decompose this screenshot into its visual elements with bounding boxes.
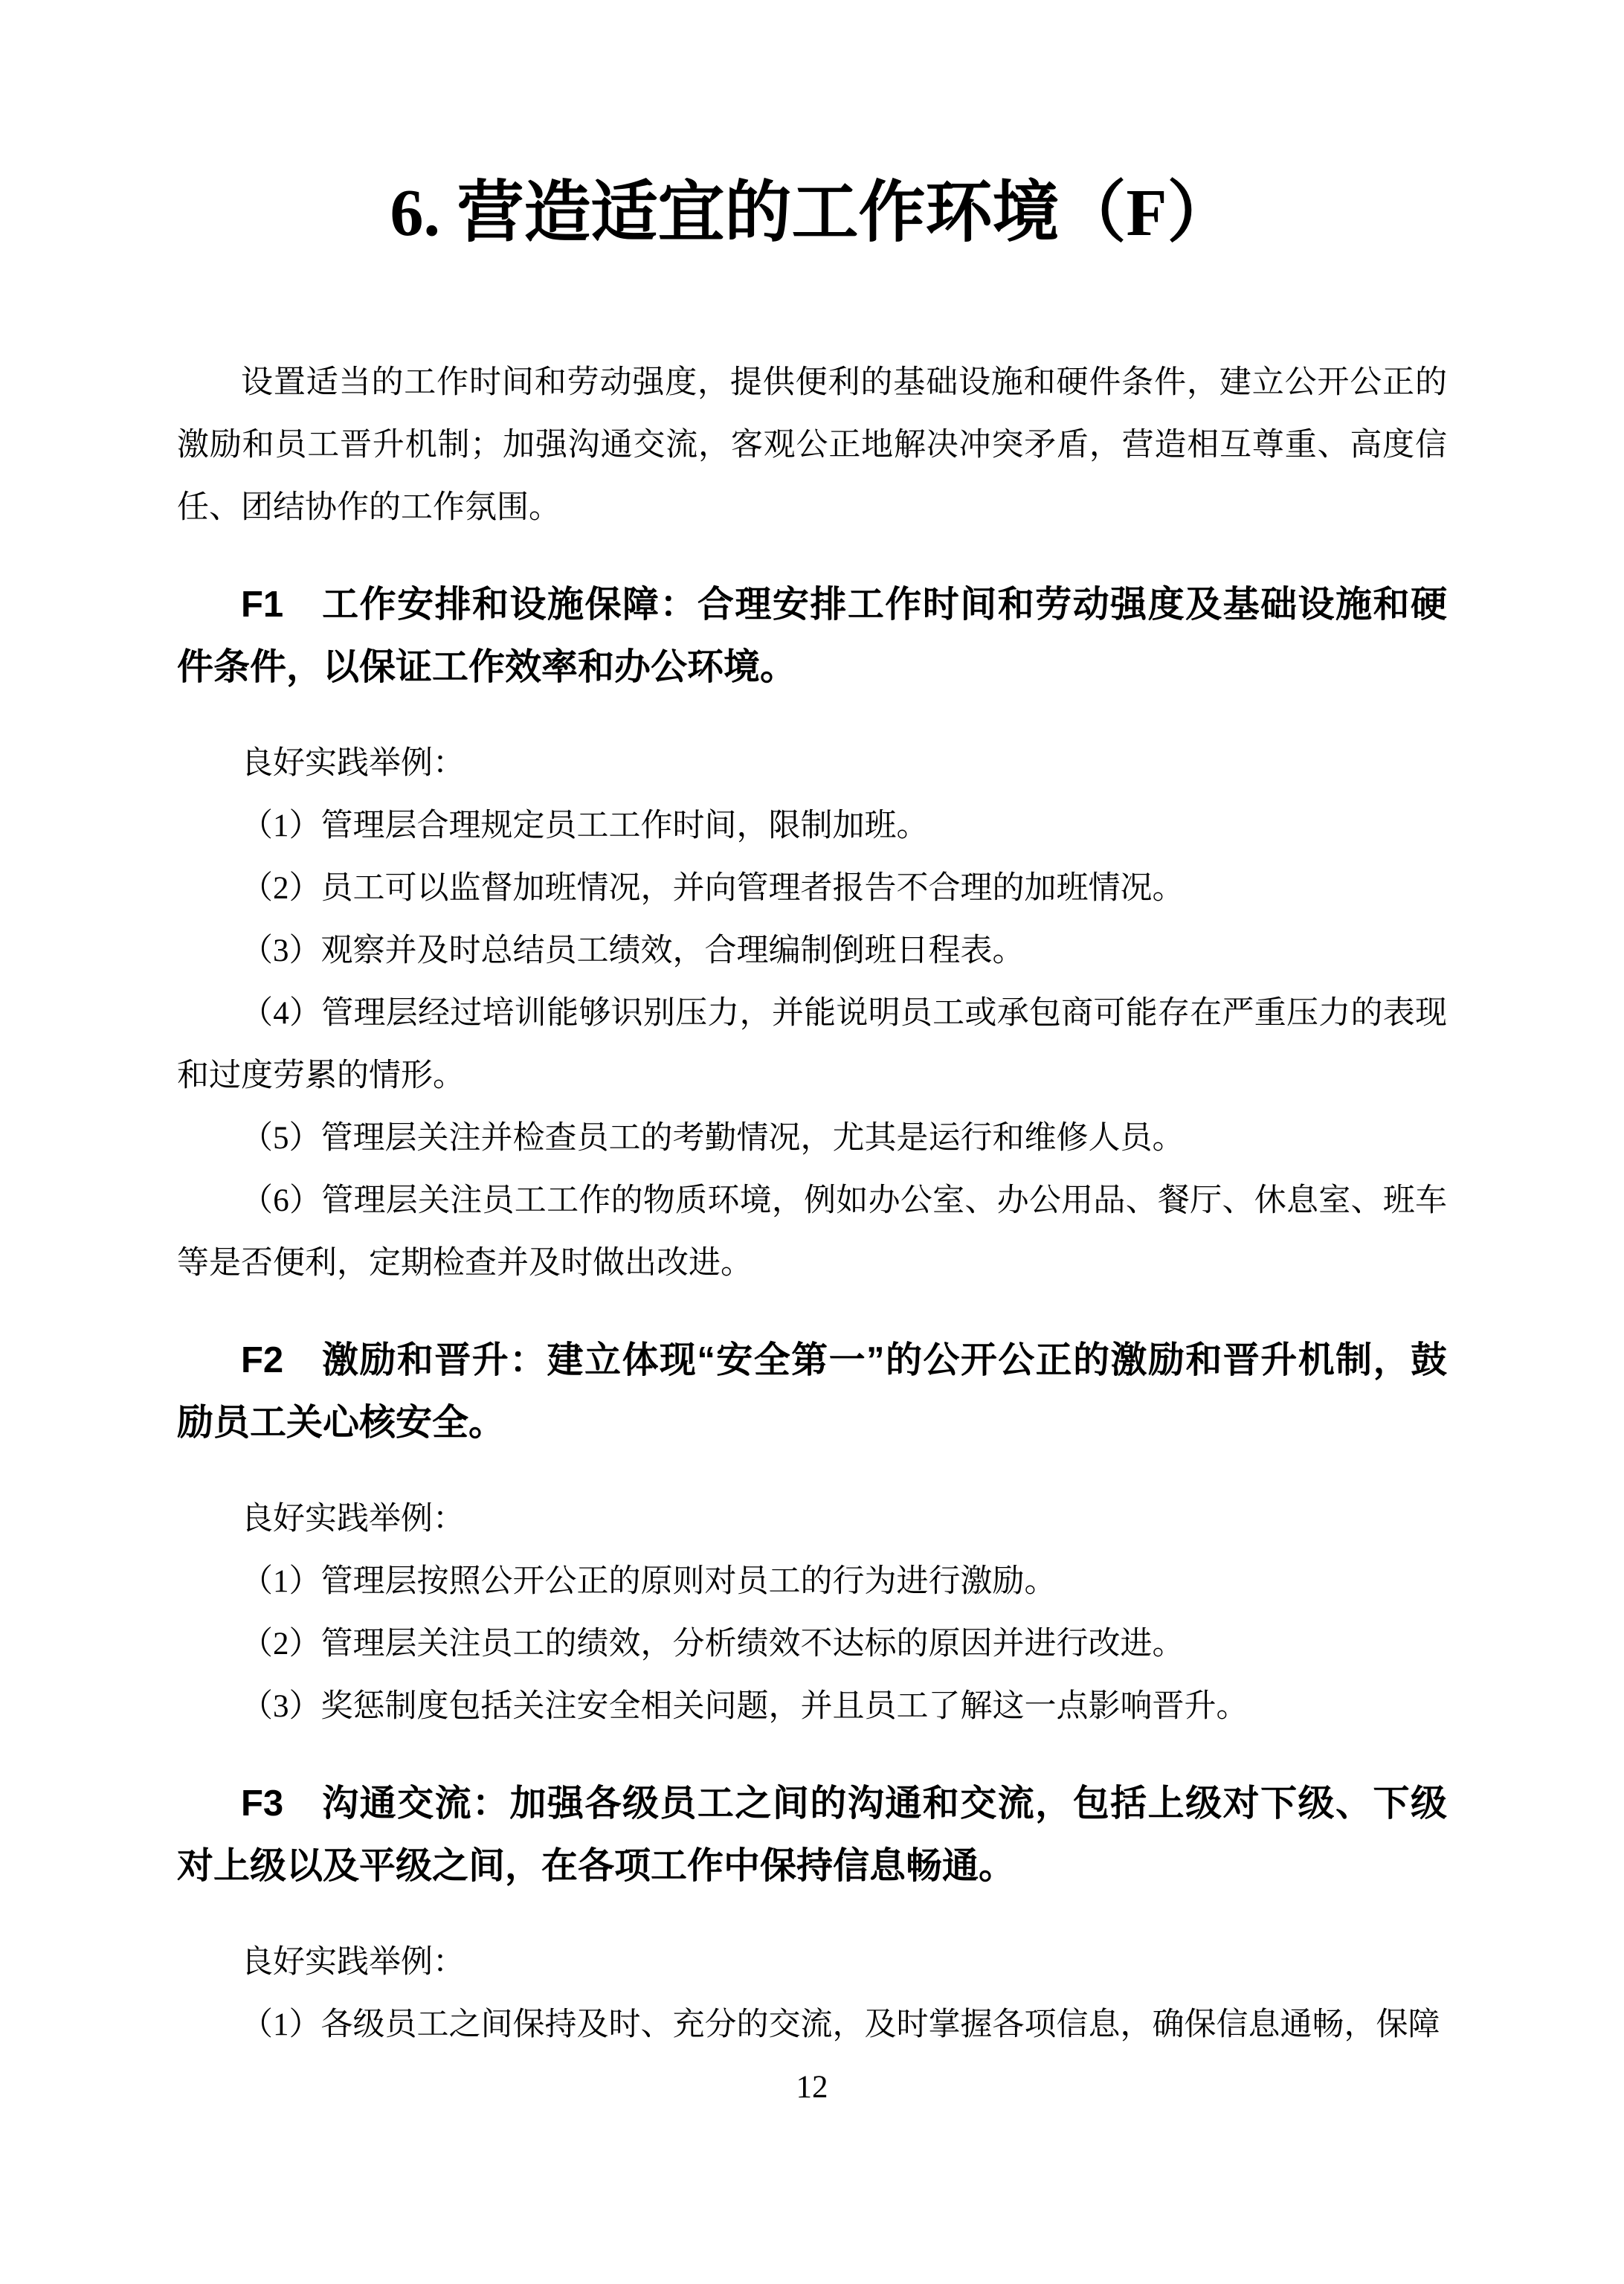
document-page: 6. 营造适宜的工作环境（F） 设置适当的工作时间和劳动强度，提供便利的基础设施… bbox=[0, 0, 1624, 2284]
intro-paragraph: 设置适当的工作时间和劳动强度，提供便利的基础设施和硬件条件，建立公开公正的激励和… bbox=[177, 352, 1447, 539]
practices-label-f2: 良好实践举例： bbox=[177, 1488, 1447, 1551]
page-number: 12 bbox=[177, 2056, 1447, 2119]
section-f2-heading: F2 激励和晋升：建立体现“安全第一”的公开公正的激励和晋升机制，鼓励员工关心核… bbox=[177, 1329, 1447, 1454]
practices-label-f3: 良好实践举例： bbox=[177, 1931, 1447, 1994]
practice-item-f1-5: （5）管理层关注并检查员工的考勤情况，尤其是运行和维修人员。 bbox=[177, 1107, 1447, 1170]
practice-item-f2-1: （1）管理层按照公开公正的原则对员工的行为进行激励。 bbox=[177, 1551, 1447, 1613]
practice-item-f1-2: （2）员工可以监督加班情况，并向管理者报告不合理的加班情况。 bbox=[177, 858, 1447, 920]
practice-item-f1-3: （3）观察并及时总结员工绩效，合理编制倒班日程表。 bbox=[177, 920, 1447, 982]
practice-item-f2-3: （3）奖惩制度包括关注安全相关问题，并且员工了解这一点影响晋升。 bbox=[177, 1676, 1447, 1738]
practice-item-f3-1: （1）各级员工之间保持及时、充分的交流，及时掌握各项信息，确保信息通畅，保障 bbox=[177, 1994, 1447, 2056]
practice-item-f1-4: （4）管理层经过培训能够识别压力，并能说明员工或承包商可能存在严重压力的表现和过… bbox=[177, 982, 1447, 1107]
page-title: 6. 营造适宜的工作环境（F） bbox=[177, 175, 1447, 252]
section-f3-heading: F3 沟通交流：加强各级员工之间的沟通和交流，包括上级对下级、下级对上级以及平级… bbox=[177, 1772, 1447, 1897]
section-f1-heading: F1 工作安排和设施保障：合理安排工作时间和劳动强度及基础设施和硬件条件，以保证… bbox=[177, 573, 1447, 698]
practice-item-f1-1: （1）管理层合理规定员工工作时间，限制加班。 bbox=[177, 795, 1447, 858]
practice-item-f2-2: （2）管理层关注员工的绩效，分析绩效不达标的原因并进行改进。 bbox=[177, 1613, 1447, 1676]
practice-item-f1-6: （6）管理层关注员工工作的物质环境，例如办公室、办公用品、餐厅、休息室、班车等是… bbox=[177, 1170, 1447, 1295]
practices-label-f1: 良好实践举例： bbox=[177, 733, 1447, 795]
